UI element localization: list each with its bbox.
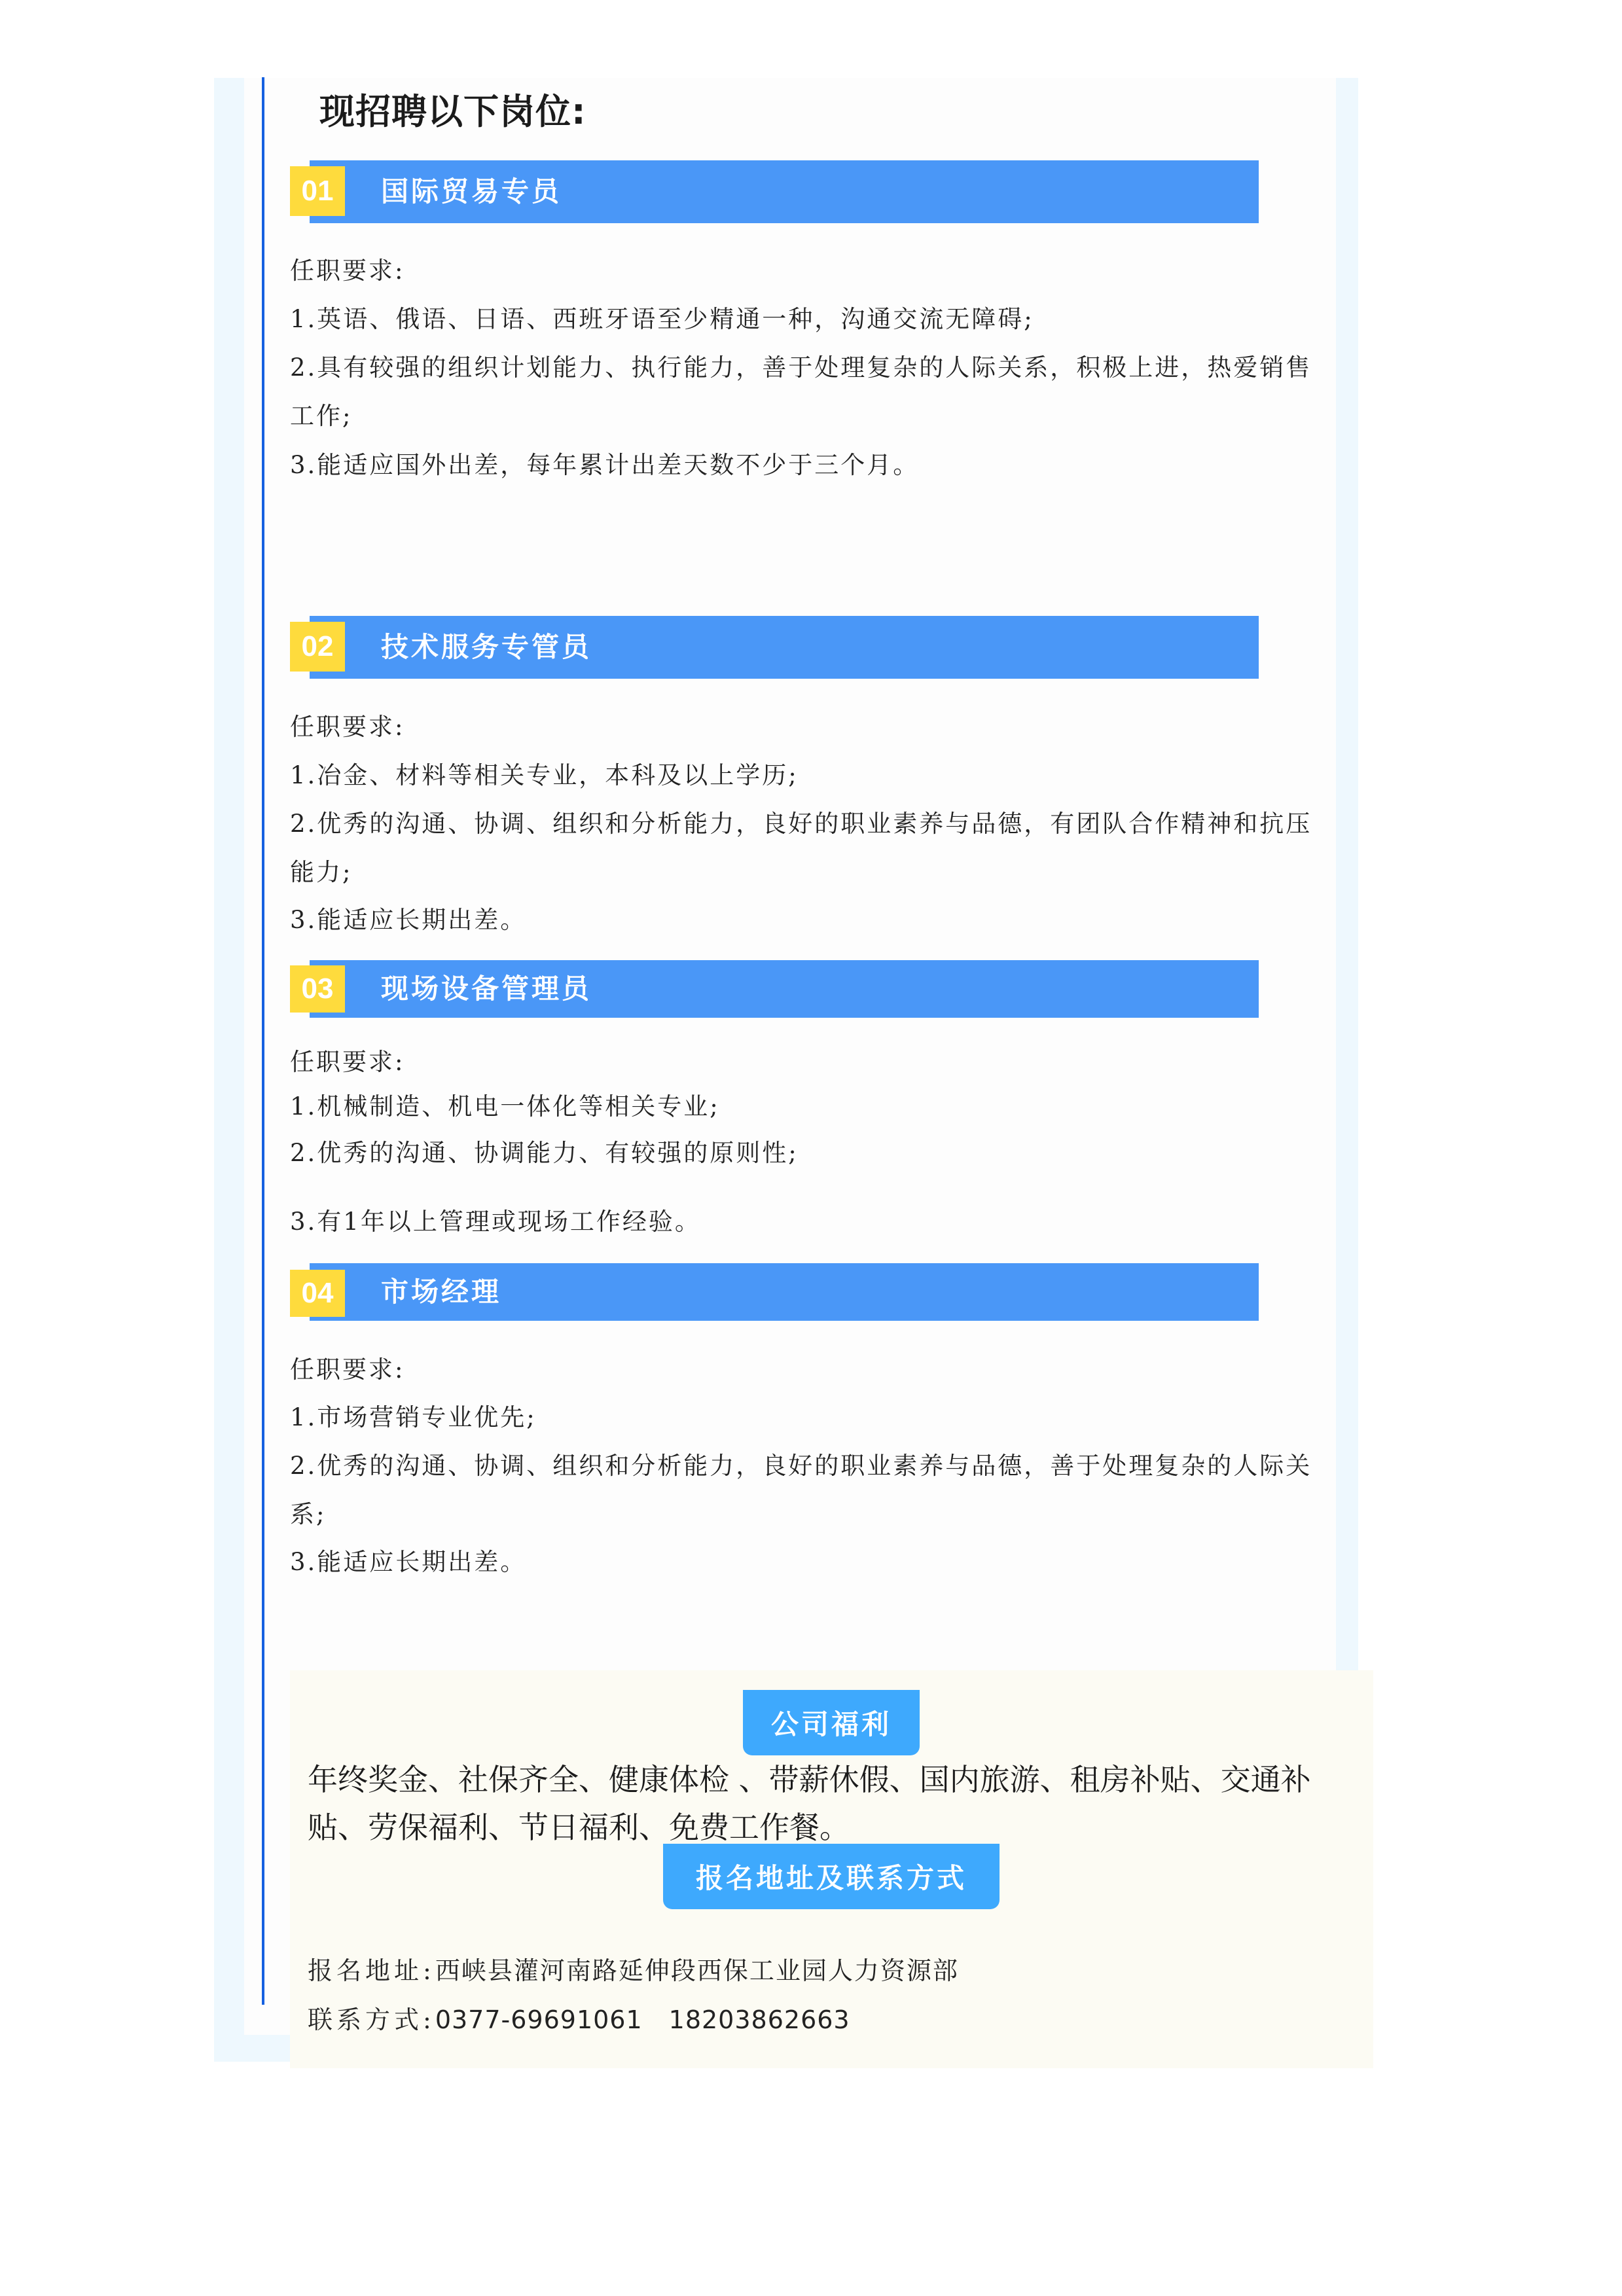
contact-heading: 报名地址及联系方式	[663, 1844, 1000, 1909]
requirement-line: 工作;	[290, 404, 1377, 428]
position-banner: 技术服务专管员	[310, 616, 1259, 679]
requirement-line: 1.冶金、材料等相关专业，本科及以上学历;	[290, 763, 1377, 787]
phone-row: 联系方式:0377-6969106118203862663	[308, 2000, 850, 2036]
requirement-line: 3.有1年以上管理或现场工作经验。	[290, 1210, 1377, 1234]
accent-vertical-line	[262, 77, 264, 2005]
phone-number-2: 18203862663	[669, 2005, 850, 2034]
requirements-label: 任职要求:	[290, 259, 1377, 283]
requirements-label: 任职要求:	[290, 1357, 1377, 1382]
address-value: 西峡县灌河南路延伸段西保工业园人力资源部	[435, 1956, 959, 1985]
requirements-label: 任职要求:	[290, 715, 1377, 739]
requirement-line: 2.优秀的沟通、协调能力、有较强的原则性;	[290, 1141, 1377, 1165]
requirement-line: 1.机械制造、机电一体化等相关专业;	[290, 1094, 1377, 1119]
address-label: 报名地址:	[308, 1956, 435, 1985]
position-title: 现场设备管理员	[381, 960, 592, 1018]
position-number-badge: 03	[290, 965, 345, 1013]
requirement-line: 能力;	[290, 860, 1377, 884]
position-banner: 现场设备管理员	[310, 960, 1259, 1018]
position-banner: 国际贸易专员	[310, 160, 1259, 223]
position-title: 市场经理	[381, 1263, 501, 1321]
page-title: 现招聘以下岗位:	[319, 84, 586, 134]
address-row: 报名地址:西峡县灌河南路延伸段西保工业园人力资源部	[308, 1950, 959, 1986]
position-number-badge: 01	[290, 166, 345, 216]
benefits-text: 年终奖金、社保齐全、健康体检 、带薪休假、国内旅游、租房补贴、交通补贴、劳保福利…	[308, 1756, 1361, 1852]
requirement-line: 3.能适应国外出差，每年累计出差天数不少于三个月。	[290, 453, 1377, 477]
requirement-line: 2.优秀的沟通、协调、组织和分析能力，良好的职业素养与品德，有团队合作精神和抗压	[290, 812, 1377, 836]
benefits-heading: 公司福利	[743, 1690, 920, 1755]
position-banner: 市场经理	[310, 1263, 1259, 1321]
requirement-line: 2.优秀的沟通、协调、组织和分析能力，良好的职业素养与品德，善于处理复杂的人际关	[290, 1454, 1377, 1478]
requirement-line: 3.能适应长期出差。	[290, 908, 1377, 932]
requirements-label: 任职要求:	[290, 1050, 1377, 1074]
phone-number-1: 0377-69691061	[435, 2005, 643, 2034]
position-title: 技术服务专管员	[381, 616, 592, 679]
requirement-line: 系;	[290, 1502, 1377, 1526]
requirement-line: 2.具有较强的组织计划能力、执行能力，善于处理复杂的人际关系，积极上进，热爱销售	[290, 355, 1377, 380]
requirement-line: 3.能适应长期出差。	[290, 1550, 1377, 1574]
requirement-line: 1.市场营销专业优先;	[290, 1405, 1377, 1429]
phone-label: 联系方式:	[308, 2005, 435, 2034]
position-number-badge: 04	[290, 1270, 345, 1317]
requirement-line: 1.英语、俄语、日语、西班牙语至少精通一种，沟通交流无障碍;	[290, 307, 1377, 331]
position-number-badge: 02	[290, 622, 345, 672]
position-title: 国际贸易专员	[381, 160, 562, 223]
